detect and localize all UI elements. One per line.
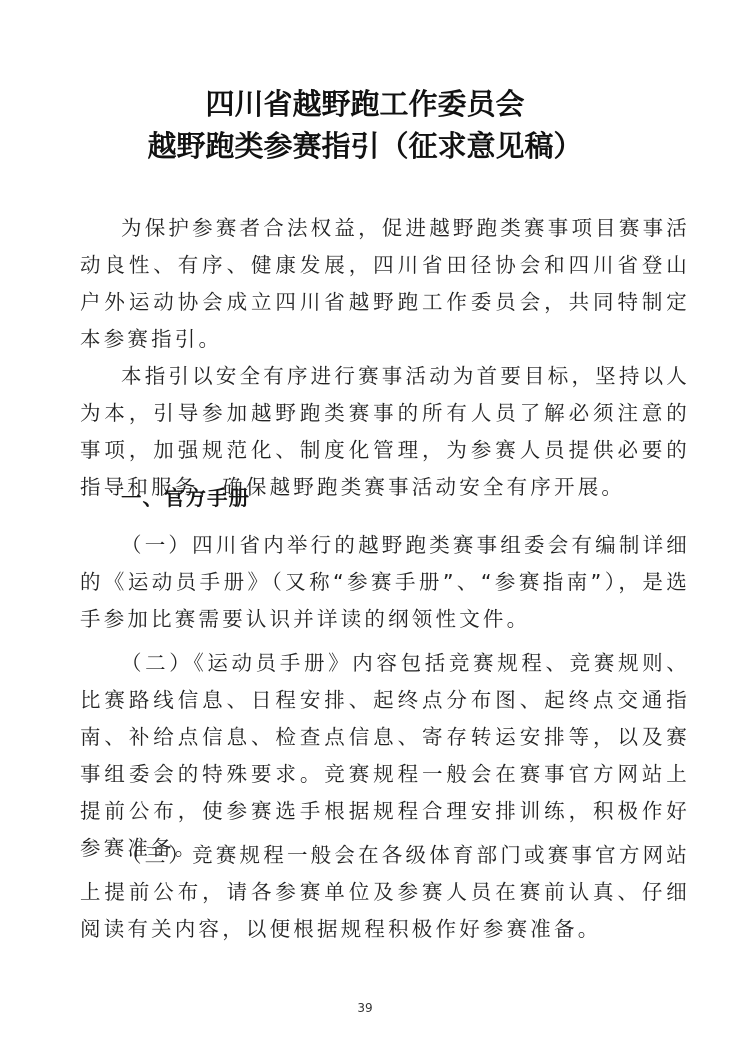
document-title-line-2: 越野跑类参赛指引（征求意见稿）: [0, 128, 730, 164]
page-number: 39: [0, 1001, 730, 1015]
section-heading-official-handbook: 一、官方手册: [121, 482, 250, 514]
intro-paragraph-1: 为保护参赛者合法权益，促进越野跑类赛事项目赛事活动良性、有序、健康发展，四川省田…: [80, 210, 690, 358]
section-1-block-a: （一）四川省内举行的越野跑类赛事组委会有编制详细的《运动员手册》（又称“参赛手册…: [80, 527, 690, 638]
section-1-paragraph-1: （一）四川省内举行的越野跑类赛事组委会有编制详细的《运动员手册》（又称“参赛手册…: [80, 527, 690, 638]
document-page: 四川省越野跑工作委员会 越野跑类参赛指引（征求意见稿） 为保护参赛者合法权益，促…: [0, 0, 730, 1045]
section-1-block-c: （三）竞赛规程一般会在各级体育部门或赛事官方网站上提前公布，请各参赛单位及参赛人…: [80, 837, 690, 948]
section-1-paragraph-3: （三）竞赛规程一般会在各级体育部门或赛事官方网站上提前公布，请各参赛单位及参赛人…: [80, 837, 690, 948]
section-1-block-b: （二）《运动员手册》内容包括竞赛规程、竞赛规则、比赛路线信息、日程安排、起终点分…: [80, 645, 690, 867]
document-title-line-1: 四川省越野跑工作委员会: [0, 86, 730, 122]
section-1-paragraph-2: （二）《运动员手册》内容包括竞赛规程、竞赛规则、比赛路线信息、日程安排、起终点分…: [80, 645, 690, 867]
intro-block: 为保护参赛者合法权益，促进越野跑类赛事项目赛事活动良性、有序、健康发展，四川省田…: [80, 210, 690, 506]
